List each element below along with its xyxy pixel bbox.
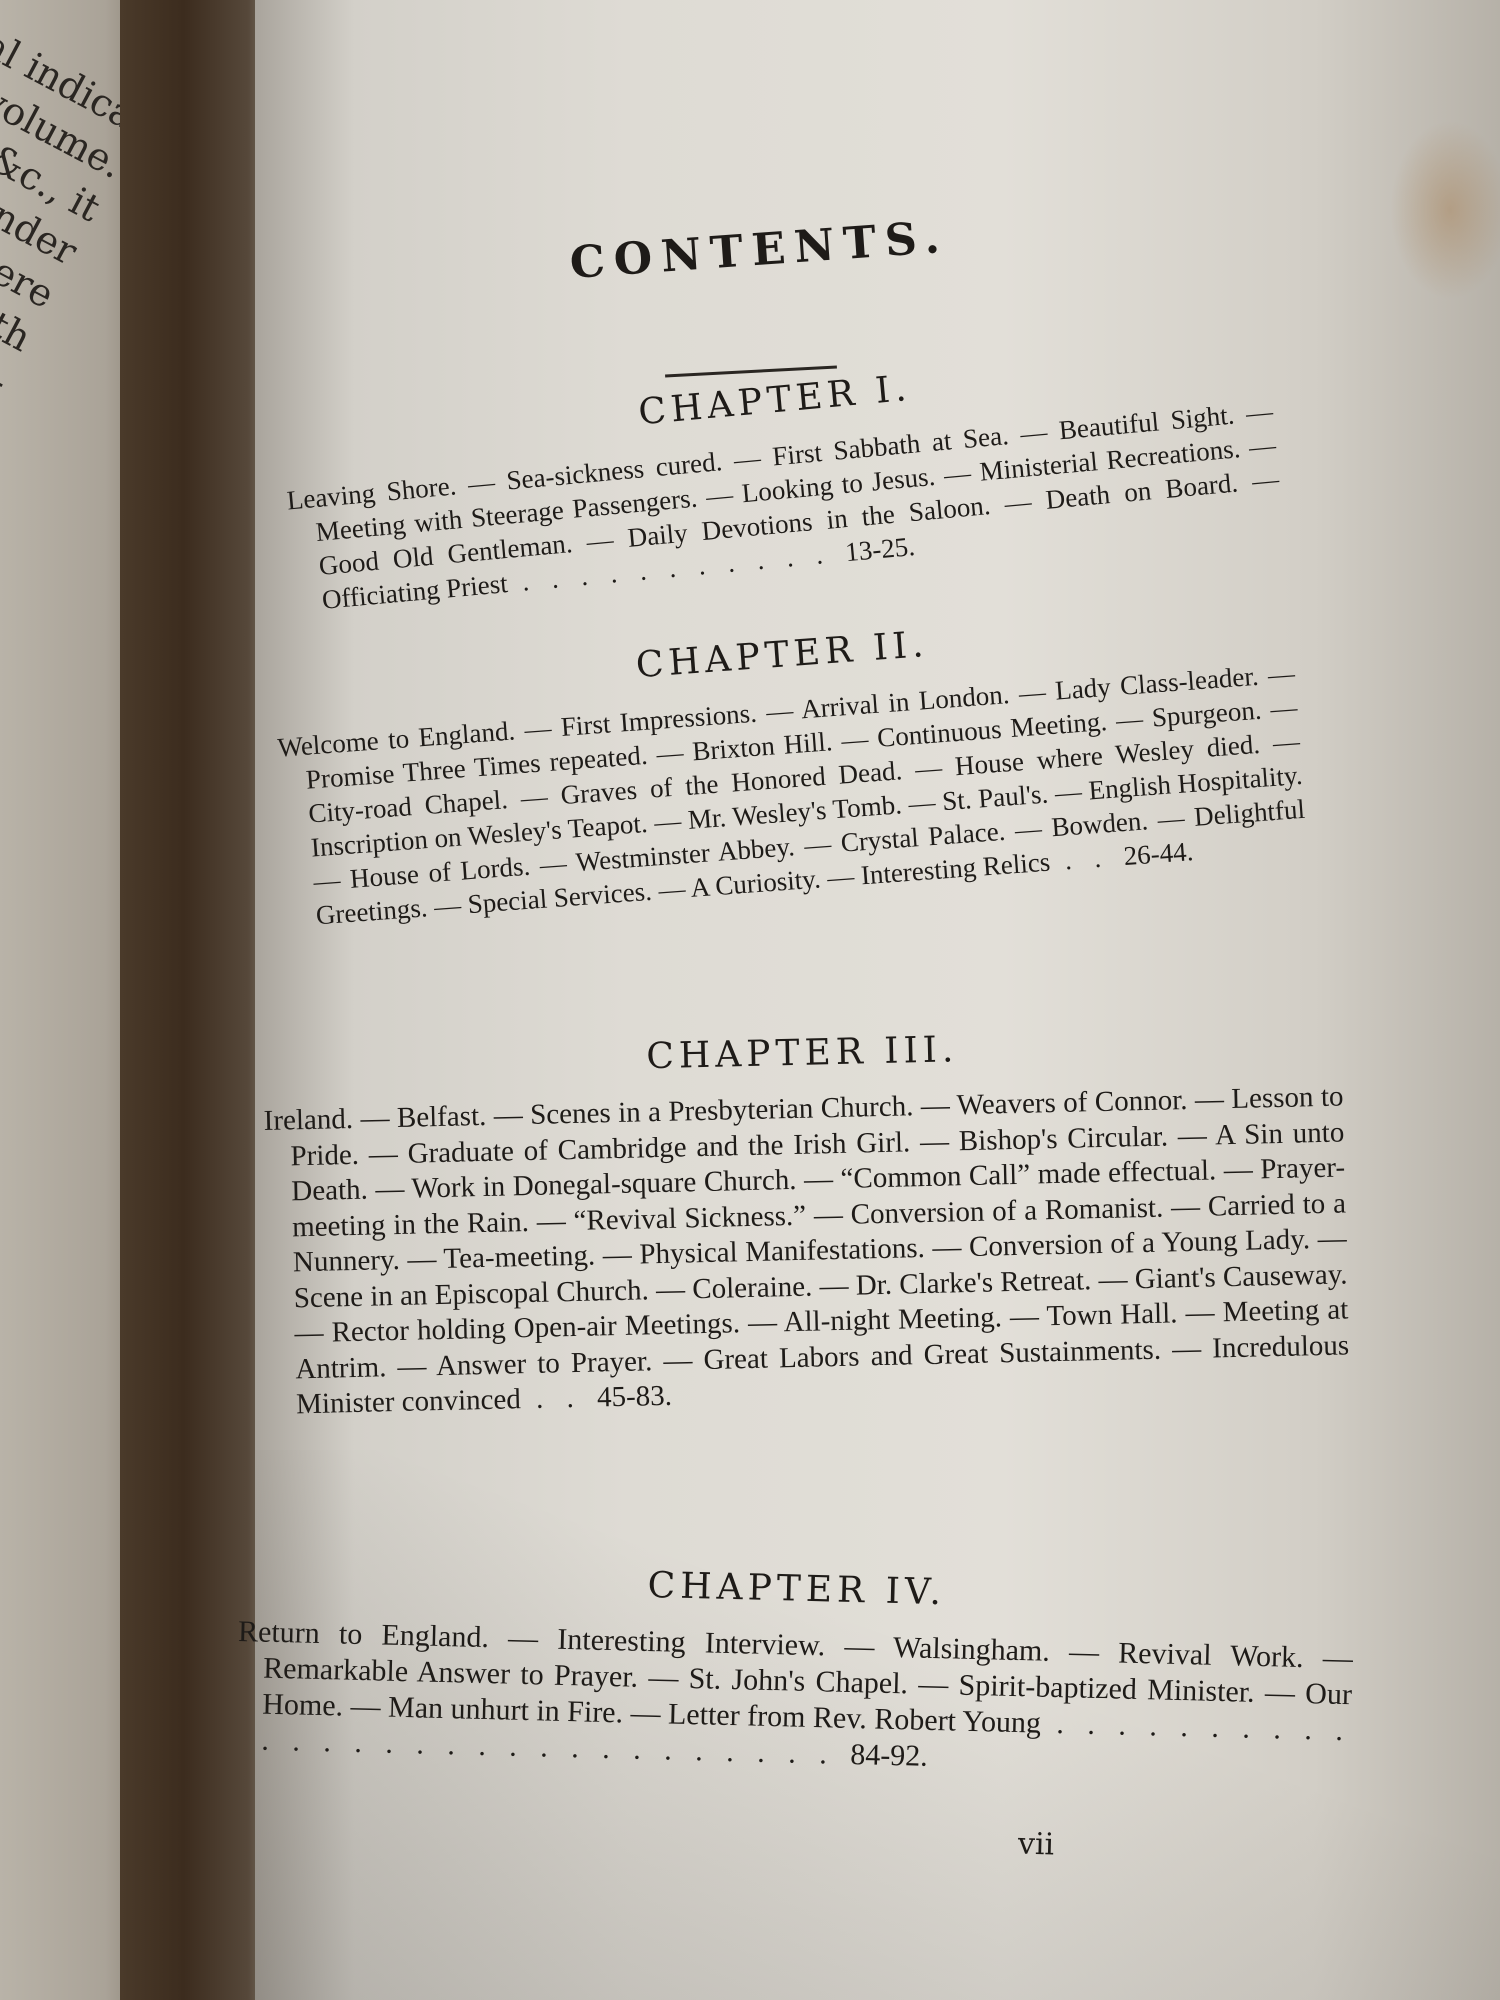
page-range: 13-25. <box>844 531 916 567</box>
page-range: 45-83. <box>597 1380 673 1414</box>
page-range: 26-44. <box>1123 836 1195 871</box>
dot-leader: . . <box>1049 841 1125 876</box>
chapter-summary: Return to England. — Interesting Intervi… <box>235 1614 1353 1785</box>
chapter-4: CHAPTER IV. Return to England. — Interes… <box>235 1555 1355 1785</box>
dot-leader: . . <box>520 1381 597 1415</box>
chapter-topics: Ireland. — Belfast. — Scenes in a Presby… <box>263 1080 1349 1420</box>
chapter-summary: Ireland. — Belfast. — Scenes in a Presby… <box>263 1079 1350 1423</box>
chapter-3: CHAPTER III. Ireland. — Belfast. — Scene… <box>262 1020 1350 1423</box>
page-range: 84-92. <box>850 1738 928 1773</box>
page-number: vii <box>1018 1827 1055 1863</box>
paper-stain <box>1390 120 1500 300</box>
